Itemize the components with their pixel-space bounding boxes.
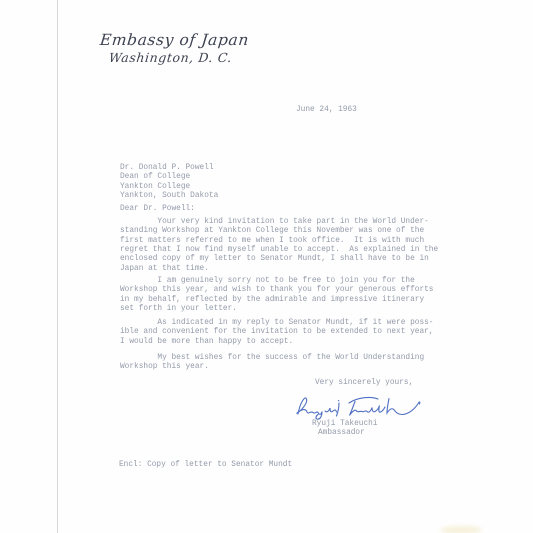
body-paragraph-1: Your very kind invitation to take part i… (120, 218, 438, 274)
body-paragraph-2: I am genuinely sorry not to be free to j… (120, 277, 434, 314)
scanned-letter-page: Embassy of Japan Washington, D. C. June … (0, 0, 533, 533)
enclosure-note: Encl: Copy of letter to Senator Mundt (119, 461, 292, 470)
recipient-address-block: Dr. Donald P. Powell Dean of College Yan… (120, 164, 218, 201)
signature-typed-name: Ryuji Takeuchi (312, 420, 378, 429)
letterhead-embassy: Embassy of Japan (99, 31, 250, 49)
signature-title: Ambassador (318, 429, 365, 438)
complimentary-closing: Very sincerely yours, (315, 379, 413, 388)
handwritten-signature-icon (291, 390, 431, 422)
body-paragraph-3: As indicated in my reply to Senator Mund… (120, 319, 434, 347)
letterhead-city: Washington, D. C. (108, 50, 250, 65)
scan-edge-line (57, 0, 58, 533)
paper-smudge (440, 526, 482, 533)
date-line: June 24, 1963 (296, 106, 357, 115)
letterhead: Embassy of Japan Washington, D. C. (100, 31, 249, 65)
body-paragraph-4: My best wishes for the success of the Wo… (120, 354, 424, 373)
salutation: Dear Dr. Powell: (120, 205, 195, 214)
